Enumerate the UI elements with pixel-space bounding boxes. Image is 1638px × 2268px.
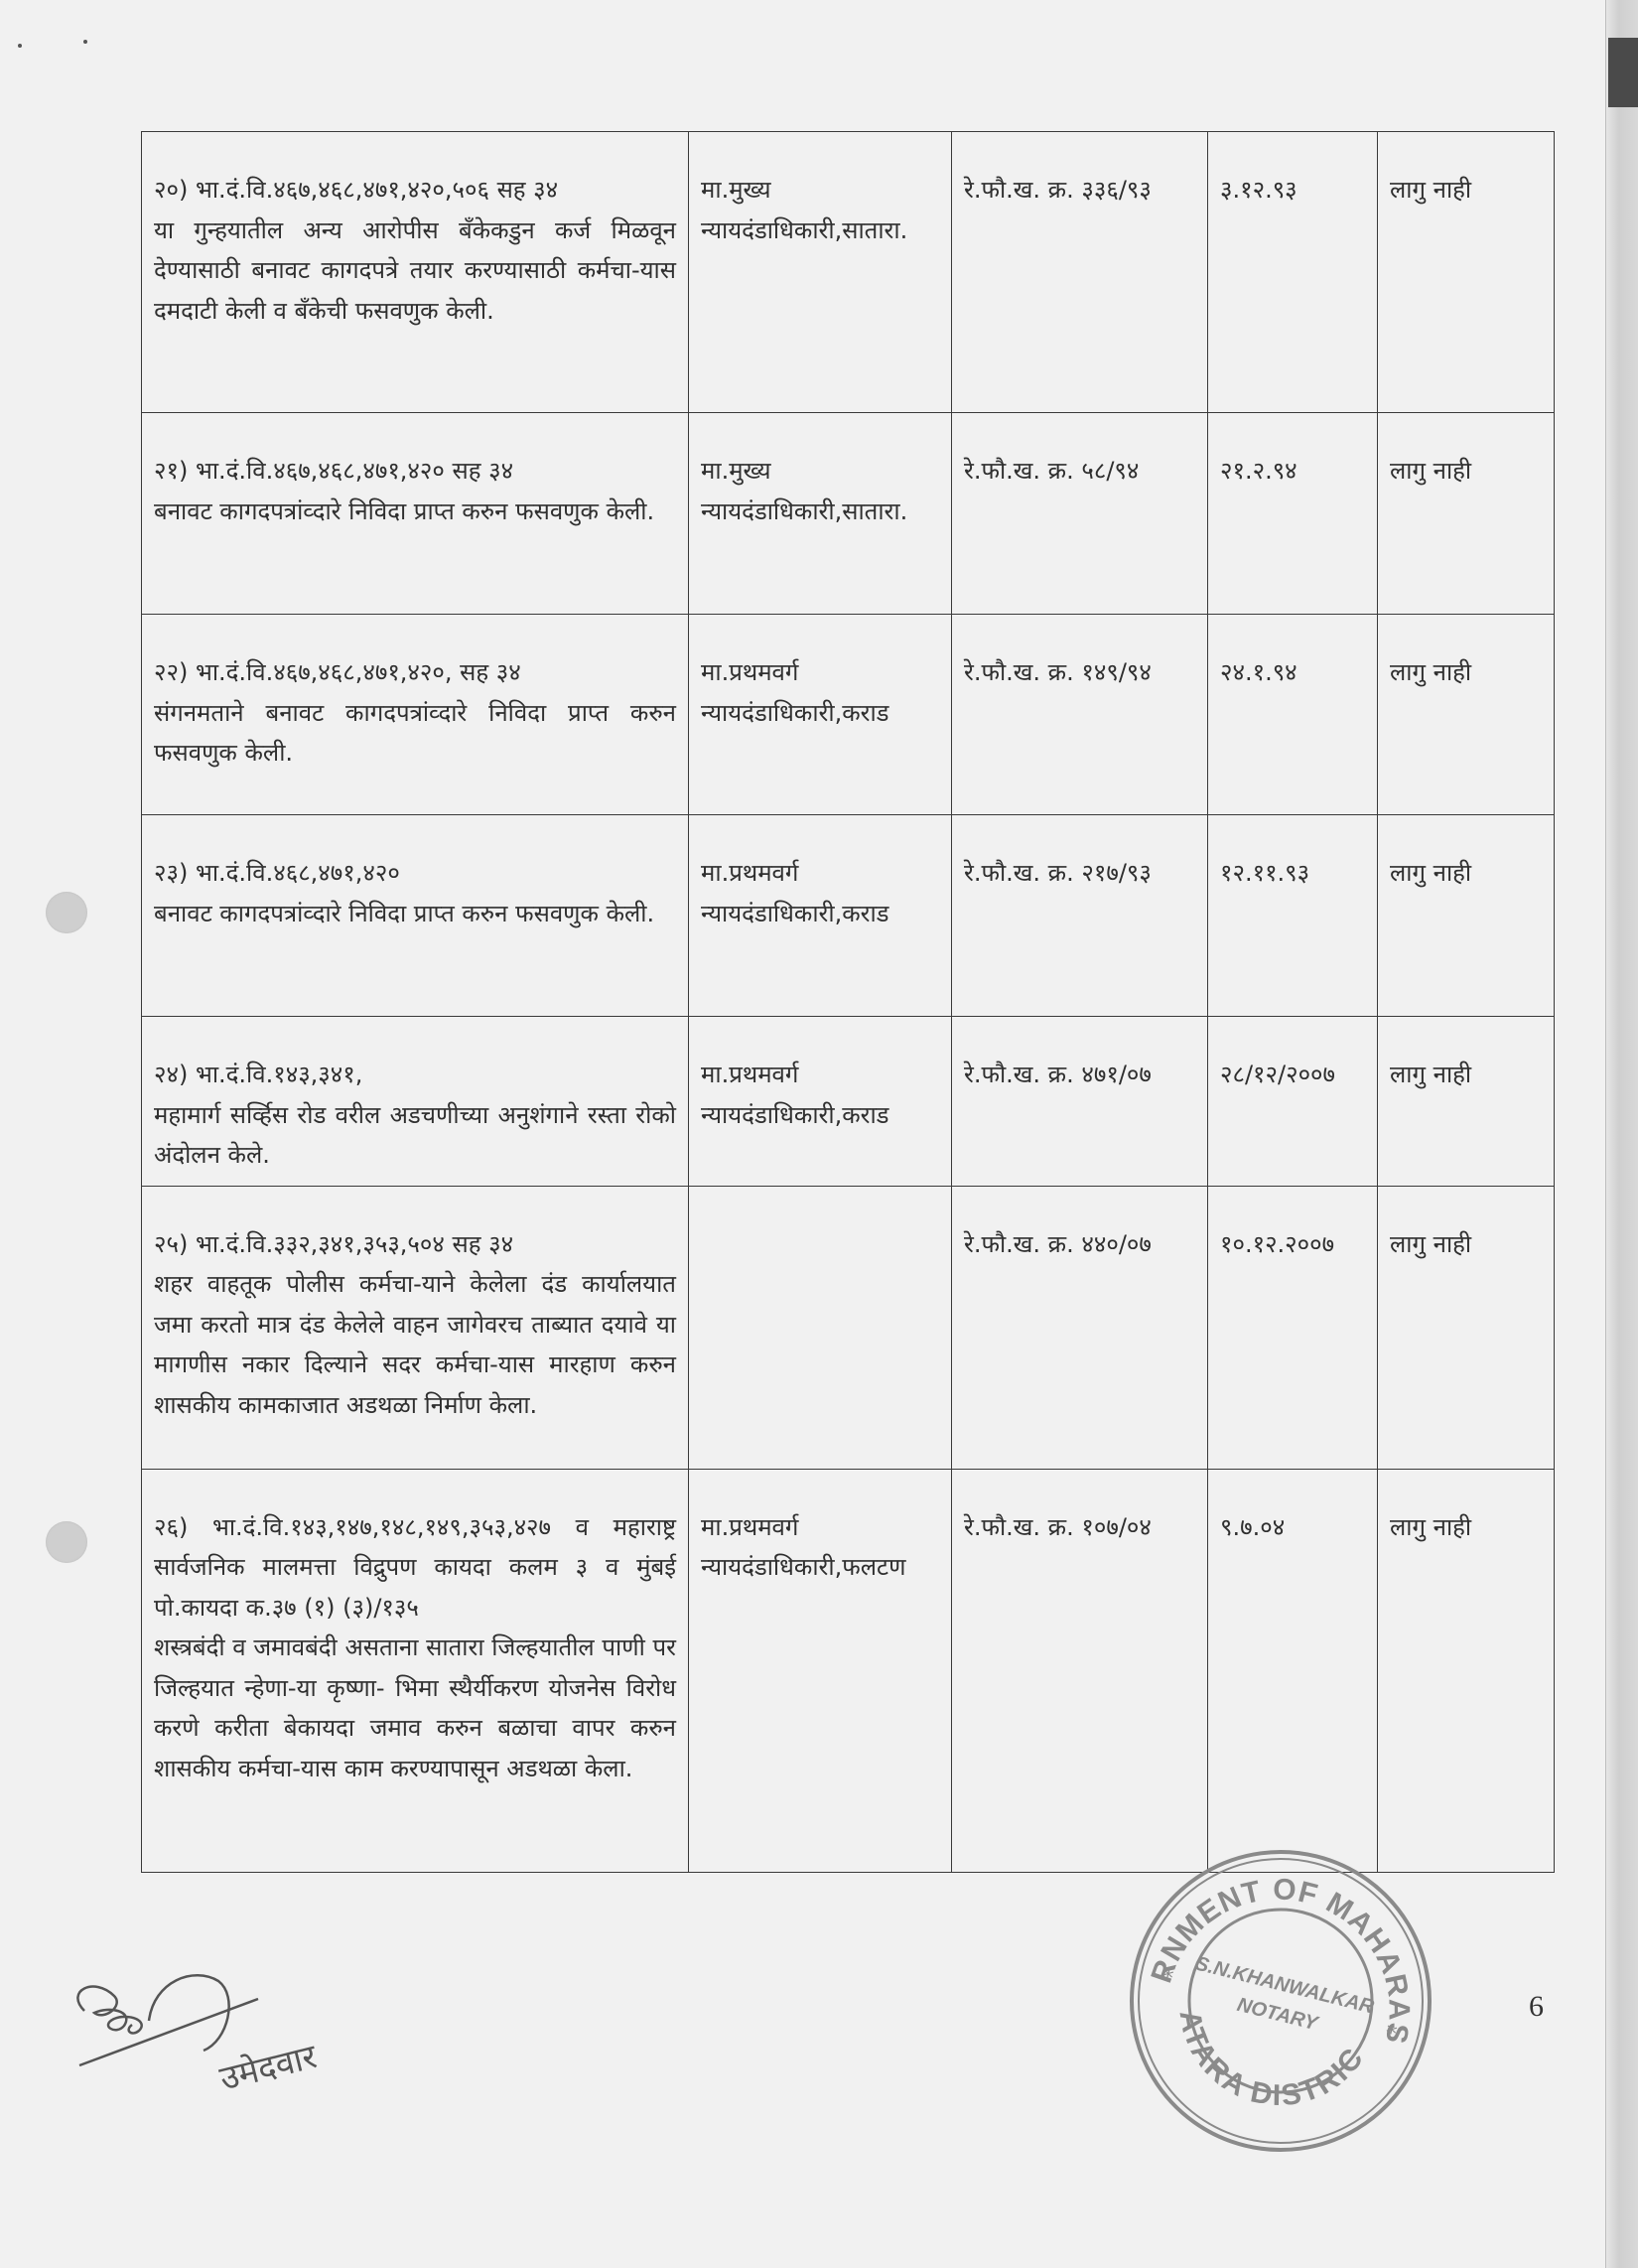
status-cell: लागु नाही (1378, 1469, 1555, 1872)
offence-description: या गुन्हयातील अन्य आरोपीस बँकेकडुन कर्ज … (154, 211, 676, 332)
table-row: २४) भा.दं.वि.१४३,३४१,महामार्ग सर्व्हिस र… (142, 1017, 1555, 1187)
offence-cell: २२) भा.दं.वि.४६७,४६८,४७१,४२०, सह ३४संगनम… (142, 615, 689, 815)
court-title: मा.मुख्य (701, 451, 939, 492)
case-number-cell: रे.फौ.ख. क्र. १०७/०४ (952, 1469, 1208, 1872)
date-cell: २८/१२/२००७ (1208, 1017, 1378, 1187)
court-title: मा.प्रथमवर्ग (701, 1507, 939, 1548)
date-cell: २४.१.९४ (1208, 615, 1378, 815)
table-row: २२) भा.दं.वि.४६७,४६८,४७१,४२०, सह ३४संगनम… (142, 615, 1555, 815)
table-row: २३) भा.दं.वि.४६८,४७१,४२०बनावट कागदपत्रां… (142, 815, 1555, 1017)
court-cell: मा.प्रथमवर्गन्यायदंडाधिकारी,कराड (689, 815, 952, 1017)
scan-speck (83, 40, 87, 44)
punch-hole (46, 892, 87, 933)
offence-description: बनावट कागदपत्रांव्दारे निविदा प्राप्त कर… (154, 492, 676, 532)
offence-sections: २६) भा.दं.वि.१४३,१४७,१४८,१४९,३५३,४२७ व म… (154, 1507, 676, 1629)
court-name: न्यायदंडाधिकारी,सातारा. (701, 211, 939, 251)
case-number-cell: रे.फौ.ख. क्र. १४९/९४ (952, 615, 1208, 815)
court-cell: मा.प्रथमवर्गन्यायदंडाधिकारी,कराड (689, 615, 952, 815)
scan-speck (18, 44, 22, 48)
page-number: 6 (1529, 1990, 1544, 2024)
court-cell: मा.मुख्यन्यायदंडाधिकारी,सातारा. (689, 413, 952, 615)
court-cell: मा.प्रथमवर्गन्यायदंडाधिकारी,कराड (689, 1017, 952, 1187)
offence-description: बनावट कागदपत्रांव्दारे निविदा प्राप्त कर… (154, 894, 676, 934)
court-cell: मा.प्रथमवर्गन्यायदंडाधिकारी,फलटण (689, 1469, 952, 1872)
offence-sections: २५) भा.दं.वि.३३२,३४१,३५३,५०४ सह ३४ (154, 1224, 676, 1265)
offence-description: शहर वाहतूक पोलीस कर्मचा-याने केलेला दंड … (154, 1264, 676, 1425)
case-number-cell: रे.फौ.ख. क्र. २१७/९३ (952, 815, 1208, 1017)
offence-sections: २४) भा.दं.वि.१४३,३४१, (154, 1055, 676, 1095)
offence-cell: २०) भा.दं.वि.४६७,४६८,४७१,४२०,५०६ सह ३४या… (142, 132, 689, 413)
date-cell: १२.११.९३ (1208, 815, 1378, 1017)
table-row: २०) भा.दं.वि.४६७,४६८,४७१,४२०,५०६ सह ३४या… (142, 132, 1555, 413)
court-name: न्यायदंडाधिकारी,फलटण (701, 1547, 939, 1588)
scanner-page-edge (1605, 0, 1638, 2268)
status-cell: लागु नाही (1378, 615, 1555, 815)
table-row: २६) भा.दं.वि.१४३,१४७,१४८,१४९,३५३,४२७ व म… (142, 1469, 1555, 1872)
signature-name: उमेदवार (216, 2037, 322, 2099)
court-name: न्यायदंडाधिकारी,कराड (701, 894, 939, 934)
date-cell: ३.१२.९३ (1208, 132, 1378, 413)
case-number-cell: रे.फौ.ख. क्र. ३३६/९३ (952, 132, 1208, 413)
date-cell: १०.१२.२००७ (1208, 1186, 1378, 1469)
signature: उमेदवार (55, 1951, 422, 2100)
punch-hole (46, 1521, 87, 1563)
offence-sections: २३) भा.दं.वि.४६८,४७१,४२० (154, 853, 676, 894)
notary-stamp: GOVERNMENT OF MAHARASHTRA SATARA DISTRIC… (1122, 1842, 1439, 2160)
date-cell: ९.७.०४ (1208, 1469, 1378, 1872)
court-name: न्यायदंडाधिकारी,सातारा. (701, 492, 939, 532)
status-cell: लागु नाही (1378, 1186, 1555, 1469)
court-title: मा.प्रथमवर्ग (701, 652, 939, 693)
date-cell: २१.२.९४ (1208, 413, 1378, 615)
offence-description: संगनमताने बनावट कागदपत्रांव्दारे निविदा … (154, 693, 676, 774)
court-name: न्यायदंडाधिकारी,कराड (701, 1095, 939, 1136)
status-cell: लागु नाही (1378, 815, 1555, 1017)
case-number-cell: रे.फौ.ख. क्र. ४७१/०७ (952, 1017, 1208, 1187)
offence-description: महामार्ग सर्व्हिस रोड वरील अडचणीच्या अनु… (154, 1095, 676, 1176)
offence-sections: २२) भा.दं.वि.४६७,४६८,४७१,४२०, सह ३४ (154, 652, 676, 693)
offence-cell: २३) भा.दं.वि.४६८,४७१,४२०बनावट कागदपत्रां… (142, 815, 689, 1017)
offence-cell: २४) भा.दं.वि.१४३,३४१,महामार्ग सर्व्हिस र… (142, 1017, 689, 1187)
court-cell (689, 1186, 952, 1469)
offence-sections: २१) भा.दं.वि.४६७,४६८,४७१,४२० सह ३४ (154, 451, 676, 492)
offence-cell: २१) भा.दं.वि.४६७,४६८,४७१,४२० सह ३४बनावट … (142, 413, 689, 615)
case-number-cell: रे.फौ.ख. क्र. ५८/९४ (952, 413, 1208, 615)
court-name: न्यायदंडाधिकारी,कराड (701, 693, 939, 734)
offence-cell: २६) भा.दं.वि.१४३,१४७,१४८,१४९,३५३,४२७ व म… (142, 1469, 689, 1872)
case-number-cell: रे.फौ.ख. क्र. ४४०/०७ (952, 1186, 1208, 1469)
table-row: २५) भा.दं.वि.३३२,३४१,३५३,५०४ सह ३४शहर वा… (142, 1186, 1555, 1469)
case-records-table: २०) भा.दं.वि.४६७,४६८,४७१,४२०,५०६ सह ३४या… (141, 131, 1555, 1873)
offence-sections: २०) भा.दं.वि.४६७,४६८,४७१,४२०,५०६ सह ३४ (154, 170, 676, 211)
status-cell: लागु नाही (1378, 1017, 1555, 1187)
court-cell: मा.मुख्यन्यायदंडाधिकारी,सातारा. (689, 132, 952, 413)
offence-description: शस्त्रबंदी व जमावबंदी असताना सातारा जिल्… (154, 1628, 676, 1788)
status-cell: लागु नाही (1378, 413, 1555, 615)
court-title: मा.मुख्य (701, 170, 939, 211)
table-row: २१) भा.दं.वि.४६७,४६८,४७१,४२० सह ३४बनावट … (142, 413, 1555, 615)
offence-cell: २५) भा.दं.वि.३३२,३४१,३५३,५०४ सह ३४शहर वा… (142, 1186, 689, 1469)
court-title: मा.प्रथमवर्ग (701, 1055, 939, 1095)
status-cell: लागु नाही (1378, 132, 1555, 413)
court-title: मा.प्रथमवर्ग (701, 853, 939, 894)
